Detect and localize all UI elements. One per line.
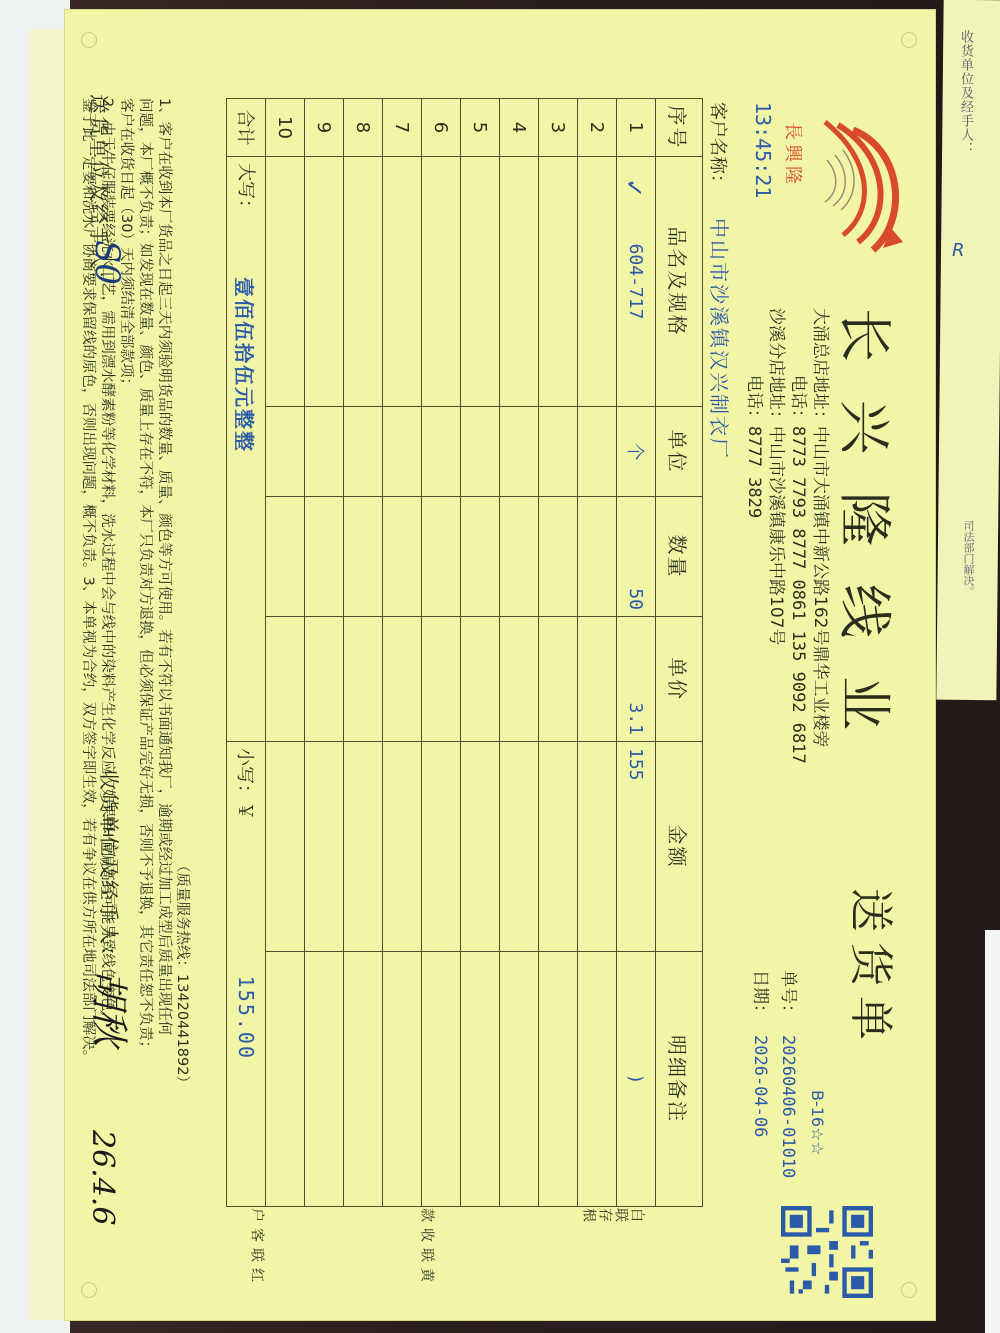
order-number-label: 单号： <box>778 970 798 1021</box>
sprocket-hole <box>81 1282 97 1298</box>
cell-unit: 个 <box>617 407 656 497</box>
table-row: 6 <box>422 99 461 1207</box>
branch-phone-value: 8777 3829 <box>744 426 764 518</box>
lower-amount-value: 155.00 <box>234 976 258 1060</box>
cell-item <box>422 157 461 407</box>
cell-unit <box>305 407 344 497</box>
document-title: 送货单 <box>843 888 907 1050</box>
cell-amount <box>461 742 500 952</box>
handwritten-check-icon: ✓ <box>620 178 648 198</box>
column-header-no: 序号 <box>656 99 703 157</box>
cell-no: 1 <box>617 99 656 157</box>
cell-unit <box>500 407 539 497</box>
cell-unit <box>422 407 461 497</box>
cell-note <box>539 952 578 1207</box>
cell-qty <box>500 497 539 617</box>
cell-amount <box>305 742 344 952</box>
cell-item <box>539 157 578 407</box>
table-row: 8 <box>344 99 383 1207</box>
cell-no: 3 <box>539 99 578 157</box>
order-number-value: 20260406-01010 <box>778 1035 798 1178</box>
cell-unit <box>344 407 383 497</box>
table-row: 10 <box>266 99 305 1207</box>
upper-amount-label: 大写： <box>235 163 261 217</box>
cell-amount <box>344 742 383 952</box>
table-header-row: 序号 品名及规格 单位 数量 单价 金额 明细备注 <box>656 99 703 1207</box>
cell-qty <box>578 497 617 617</box>
cell-note <box>578 952 617 1207</box>
cell-qty: 50 <box>617 497 656 617</box>
total-lower: 小写：￥ 155.00 <box>227 742 266 1207</box>
hq-phone-label: 电话： <box>788 308 813 426</box>
cell-no: 8 <box>344 99 383 157</box>
cell-note <box>461 952 500 1207</box>
copy-label-red: 红联客户 <box>249 1204 265 1284</box>
order-number: 单号：20260406-01010 <box>778 970 803 1178</box>
column-header-unit: 单位 <box>656 407 703 497</box>
upper-amount-value: 壹佰伍拾伍元整整 <box>233 277 257 453</box>
cell-qty <box>266 497 305 617</box>
cell-item <box>383 157 422 407</box>
table-row: 9 <box>305 99 344 1207</box>
print-time: 13:45:21 <box>751 102 775 198</box>
cell-qty <box>461 497 500 617</box>
hq-address: 大涌总店地址：中山市大涌镇中新公路162号鼎华工业楼旁 <box>810 308 835 747</box>
hq-address-label: 大涌总店地址： <box>810 308 835 426</box>
receiver-signature: 胡秋 <box>85 970 140 1046</box>
cell-qty <box>422 497 461 617</box>
cell-unit <box>461 407 500 497</box>
items-table: 序号 品名及规格 单位 数量 单价 金额 明细备注 1 604-717 个 50… <box>226 98 703 1207</box>
background-stub-signature: R <box>952 240 965 261</box>
cell-unit <box>383 407 422 497</box>
order-date-label: 日期： <box>750 970 770 1021</box>
cell-qty <box>539 497 578 617</box>
customer-info: 客户名称：中山市沙溪镇汉兴制衣厂 <box>706 102 735 460</box>
cell-price <box>305 617 344 742</box>
company-name: 长兴隆线业 <box>830 308 907 768</box>
branch-address-label: 沙溪分店地址： <box>766 308 791 426</box>
total-label: 合计 <box>227 99 266 157</box>
cell-amount <box>578 742 617 952</box>
header: 長興隆 13:45:21 长兴隆线业 送货单 大涌总店地址：中山市大涌镇中新公路… <box>735 10 935 1320</box>
sprocket-hole <box>81 32 97 48</box>
hq-address-value: 中山市大涌镇中新公路162号鼎华工业楼旁 <box>810 426 830 747</box>
company-logo-icon <box>803 110 913 260</box>
cell-qty <box>383 497 422 617</box>
cell-unit <box>539 407 578 497</box>
cell-note <box>422 952 461 1207</box>
cell-item <box>266 157 305 407</box>
branch-address-value: 中山市沙溪镇康乐中路107号 <box>766 426 786 645</box>
cell-price: 3.1 <box>617 617 656 742</box>
column-header-amount: 金额 <box>656 742 703 952</box>
cell-no: 2 <box>578 99 617 157</box>
cell-amount <box>422 742 461 952</box>
cell-amount <box>539 742 578 952</box>
cell-no: 6 <box>422 99 461 157</box>
table-row: 7 <box>383 99 422 1207</box>
cell-unit <box>266 407 305 497</box>
serial-tag: B-16☆☆ <box>808 1090 827 1156</box>
cell-note <box>305 952 344 1207</box>
total-row: 合计 大写： 壹佰伍拾伍元整整 小写：￥ 155.00 <box>227 99 266 1207</box>
receiver-signature-field: 收货单位及经手人： <box>96 770 125 968</box>
cell-price <box>500 617 539 742</box>
cell-price <box>578 617 617 742</box>
cell-price <box>344 617 383 742</box>
cell-qty <box>344 497 383 617</box>
background-stub-label: 收货单位及经手人： <box>955 30 975 350</box>
cell-amount <box>266 742 305 952</box>
order-date-value: 2026-04-06 <box>750 1035 770 1137</box>
terms-line-1: 1、客户在收到本厂货品之日起三天内须验明货品的数量、质量、颜色等方可使用。若有不… <box>154 98 173 1248</box>
cell-item <box>344 157 383 407</box>
receiver-sign-date: 26.4.6 <box>85 1130 120 1225</box>
column-header-qty: 数量 <box>656 497 703 617</box>
cell-no: 7 <box>383 99 422 157</box>
table-row: 1 604-717 个 50 3.1 155 ) <box>617 99 656 1207</box>
branch-address: 沙溪分店地址：中山市沙溪镇康乐中路107号 <box>766 308 791 645</box>
logo-text: 長興隆 <box>781 122 807 188</box>
receiver-signature-label: 收货单位及经手人： <box>97 770 121 968</box>
column-header-price: 单价 <box>656 617 703 742</box>
branch-phone-label: 电话： <box>744 308 769 426</box>
cell-unit <box>578 407 617 497</box>
order-date: 日期：2026-04-06 <box>750 970 775 1137</box>
cell-price <box>266 617 305 742</box>
cell-item <box>500 157 539 407</box>
cell-price <box>461 617 500 742</box>
cell-no: 4 <box>500 99 539 157</box>
terms-line-2: 问题，本厂概不负责；如发现在数量、颜色、质量上存在不符，本厂只负责对方退换，但必… <box>135 98 154 1248</box>
copy-label-white: 白联存根 <box>581 1204 645 1224</box>
cell-note <box>344 952 383 1207</box>
background-stub-footer: 司法部门解决。 <box>960 520 976 597</box>
hq-phone-value: 8773 7793 8777 0861 135 9092 6817 <box>788 426 808 764</box>
quality-hotline: （质量服务热线：13420441892） <box>173 858 194 1090</box>
cell-note: ) <box>617 952 656 1207</box>
cell-amount <box>500 742 539 952</box>
table-row: 4 <box>500 99 539 1207</box>
cell-note <box>266 952 305 1207</box>
cell-amount <box>383 742 422 952</box>
lower-amount-label: 小写：￥ <box>234 748 255 820</box>
cell-price <box>539 617 578 742</box>
sender-signature: S0 <box>87 240 127 285</box>
cell-no: 9 <box>305 99 344 157</box>
cell-note <box>500 952 539 1207</box>
cell-item <box>461 157 500 407</box>
cell-no: 5 <box>461 99 500 157</box>
branch-phone: 电话：8777 3829 <box>744 308 769 518</box>
cell-no: 10 <box>266 99 305 157</box>
hq-phone: 电话：8773 7793 8777 0861 135 9092 6817 <box>788 308 813 764</box>
column-header-note: 明细备注 <box>656 952 703 1207</box>
background-paper-white <box>985 930 1000 1333</box>
cell-item <box>305 157 344 407</box>
customer-label: 客户名称： <box>707 102 728 192</box>
table-row: 2 <box>578 99 617 1207</box>
cell-price <box>383 617 422 742</box>
delivery-note: 長興隆 13:45:21 长兴隆线业 送货单 大涌总店地址：中山市大涌镇中新公路… <box>65 10 935 1320</box>
total-upper: 大写： 壹佰伍拾伍元整整 <box>227 157 266 742</box>
cell-item <box>578 157 617 407</box>
column-header-item: 品名及规格 <box>656 157 703 407</box>
customer-name: 中山市沙溪镇汉兴制衣厂 <box>707 218 731 460</box>
table-row: 5 <box>461 99 500 1207</box>
copy-label-yellow: 黄联收款 <box>415 1204 435 1284</box>
cell-note <box>383 952 422 1207</box>
cell-price <box>422 617 461 742</box>
qr-code-icon[interactable] <box>781 1206 873 1298</box>
cell-amount: 155 <box>617 742 656 952</box>
delivery-note-rotated: 長興隆 13:45:21 长兴隆线业 送货单 大涌总店地址：中山市大涌镇中新公路… <box>65 10 935 1320</box>
table-row: 3 <box>539 99 578 1207</box>
cell-qty <box>305 497 344 617</box>
